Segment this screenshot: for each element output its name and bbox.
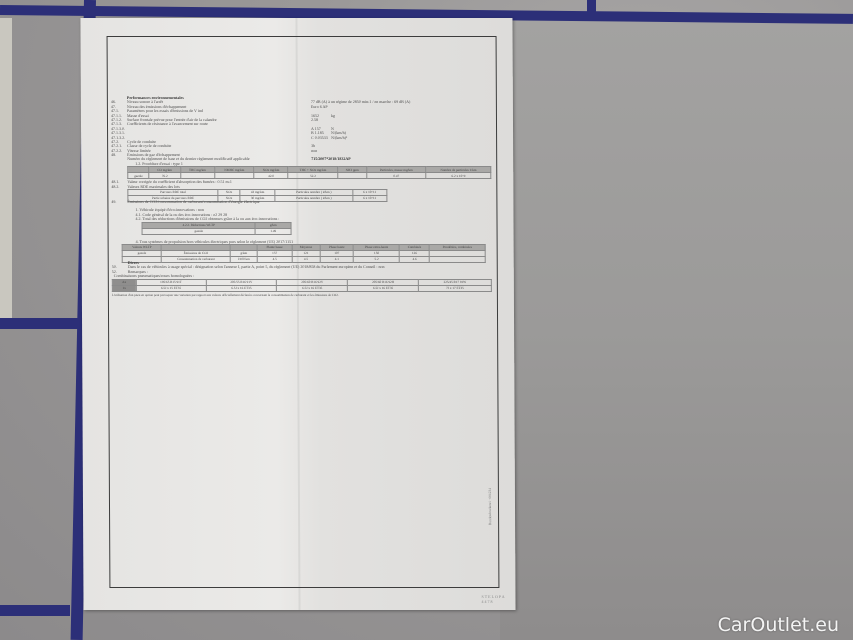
eco-table-wrap: 4.2.2. Réductions WLTPg/kmgazole1.49 [112,222,492,234]
table-cell: 6.5J x 16 ET35 [348,285,419,291]
tyre-table: Ax195/65 R15 91T205/55 R16 91V205/60 R16… [112,279,492,292]
co2-lines: 1. Véhicule équipé d'éco-innovations : n… [111,208,491,221]
blue-tape-line-horizontal [0,318,90,329]
table-row: gazole1.49 [142,228,291,234]
side-serial-code: Bundesdruckerei · 001234 [488,488,492,525]
table-cell [338,173,367,179]
table-cell: gazole [142,228,255,234]
bottom-print-code: STELOPA 4478 [481,594,515,604]
table-cell [180,173,214,179]
blue-tape-stub [587,0,596,14]
table-cell: 42.0 [254,173,288,179]
table-cell: 6.5J x 16 ET35 [277,285,348,291]
table-cell: 6.5J x 15 ET35 [136,285,206,291]
eco-innovation-table: 4.2.2. Réductions WLTPg/kmgazole1.49 [142,222,292,235]
document-body: Performances environnementales 46.Niveau… [111,96,492,297]
emissions-table: CO mg/kmTHC mg/kmNMHC mg/kmNOx mg/kmTHC … [127,166,491,179]
table-row: 1x6.5J x 15 ET356.5J x 16 ET356.5J x 16 … [112,285,491,291]
table-cell: 52.2 [288,173,338,179]
table-cell: 6.5J x 16 ET35 [206,285,277,291]
row-49: 49. Émissions de CO2/consommation de car… [111,200,491,204]
floor-surface-right [500,20,853,640]
table-row: gazole76.242.052.20.476.2 x 10^9 [128,173,491,179]
footnote: L'utilisation d'un pneu en option peut p… [112,293,492,297]
table-cell: 0.47 [366,173,426,179]
emissions-table-wrap: CO mg/kmTHC mg/kmNMHC mg/kmNOx mg/kmTHC … [111,166,491,180]
table-cell: 6.2 x 10^9 [426,173,491,179]
spec-rows: 46.Niveau sonore à l'arrêt77 dB (A) à un… [111,100,491,157]
table-cell: 76.2 [149,173,180,179]
coc-document: Performances environnementales 46.Niveau… [80,18,515,610]
tyre-table-wrap: Ax195/65 R15 91T205/55 R16 91V205/60 R16… [112,279,492,293]
wltp-table-wrap: Valeurs WLTPPlante basseMoyennePhase hau… [112,244,492,261]
table-cell: 1.49 [255,228,291,234]
table-cell: 7J x 17 ET35 [419,285,492,291]
blue-tape-line-bottom [0,605,70,616]
spec-rows-2: 48.1.Valeur corrigée du coefficient d'ab… [111,180,491,189]
floor-tile-edge [0,18,12,318]
table-cell: gazole [128,173,149,179]
table-cell [215,173,255,179]
table-cell: 1x [112,285,136,291]
caroutlet-watermark: CarOutlet.eu [718,614,839,636]
